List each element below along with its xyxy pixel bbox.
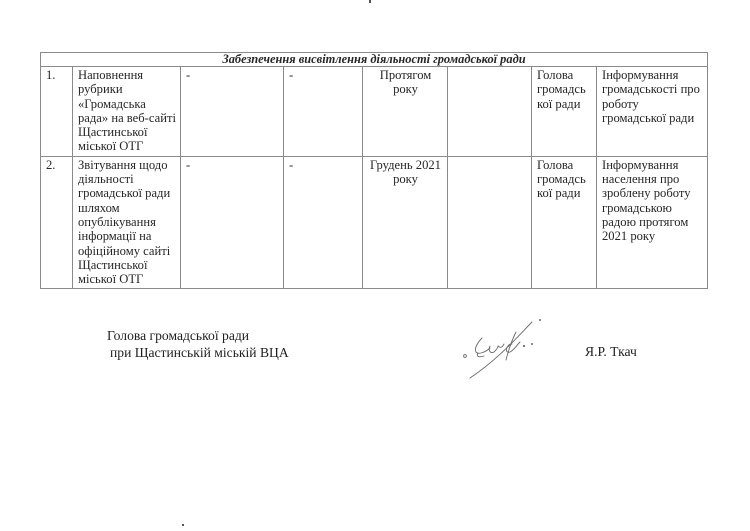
empty-cell	[448, 156, 532, 289]
activity-cell: Звітування щодо діяльності громадської р…	[73, 156, 181, 289]
term-cell: Грудень 2021 року	[363, 156, 448, 289]
signatory-position: Голова громадської ради при Щастинській …	[107, 327, 289, 361]
responsible-cell: Голова громадсь кої ради	[532, 67, 597, 157]
activity-plan-table: Забезпечення висвітлення діяльності гром…	[40, 52, 708, 289]
row-number: 1.	[41, 67, 73, 157]
scan-speck	[369, 0, 371, 3]
empty-cell	[448, 67, 532, 157]
empty-dash-cell: -	[284, 67, 363, 157]
expected-result-cell: Інформування громадськості про роботу гр…	[597, 67, 708, 157]
row-number: 2.	[41, 156, 73, 289]
signer-name: Я.Р. Ткач	[585, 344, 637, 360]
empty-dash-cell: -	[181, 67, 284, 157]
expected-result-cell: Інформування населення про зроблену робо…	[597, 156, 708, 289]
position-line-2: при Щастинській міській ВЦА	[107, 344, 289, 361]
position-line-1: Голова громадської ради	[107, 327, 289, 344]
responsible-cell: Голова громадсь кої ради	[532, 156, 597, 289]
scan-speck	[182, 524, 184, 526]
table-row: 2. Звітування щодо діяльності громадсько…	[41, 156, 708, 289]
term-cell: Протягом року	[363, 67, 448, 157]
section-title: Забезпечення висвітлення діяльності гром…	[41, 53, 708, 67]
empty-dash-cell: -	[181, 156, 284, 289]
signature-icon	[460, 318, 560, 382]
activity-cell: Наповнення рубрики «Громадська рада» на …	[73, 67, 181, 157]
section-header-row: Забезпечення висвітлення діяльності гром…	[41, 53, 708, 67]
table-row: 1. Наповнення рубрики «Громадська рада» …	[41, 67, 708, 157]
empty-dash-cell: -	[284, 156, 363, 289]
